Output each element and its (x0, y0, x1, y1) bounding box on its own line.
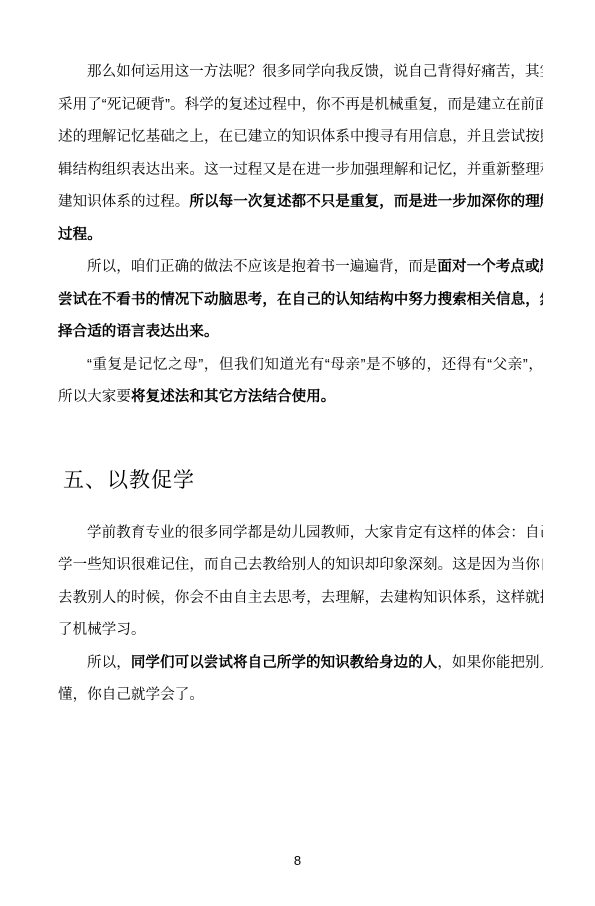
text-line: 懂，你自己就学会了。 (58, 679, 543, 712)
section-heading-teach-to-learn: 五、以教促学 (58, 464, 543, 497)
text-line: “重复是记忆之母”，但我们知道光有“母亲”是不够的，还得有“父亲”， (58, 349, 543, 382)
text-line: 去教别人的时候，你会不由自主去思考，去理解，去建构知识体系，这样就摆脱 (58, 582, 543, 615)
text-run: 学一些知识很难记住，而自己去教给别人的知识却印象深刻。这是因为当你自己 (58, 557, 543, 573)
text-line: 采用了“死记硬背”。科学的复述过程中，你不再是机械重复，而是建立在前面所 (58, 89, 543, 122)
text-run: 建知识体系的过程。 (58, 194, 189, 210)
text-run: 去教别人的时候，你会不由自主去思考，去理解，去建构知识体系，这样就摆脱 (58, 590, 543, 606)
paragraph-teach-others: 所以，同学们可以尝试将自己所学的知识教给身边的人，如果你能把别人讲懂，你自己就学… (58, 647, 543, 712)
bold-text-run: 过程。 (58, 227, 102, 243)
paragraph-repetition-method: 那么如何运用这一方法呢？很多同学向我反馈，说自己背得好痛苦，其实是采用了“死记硬… (58, 56, 543, 251)
text-run: 述的理解记忆基础之上，在已建立的知识体系中搜寻有用信息，并且尝试按照逻 (58, 129, 543, 145)
text-run: 那么如何运用这一方法呢？很多同学向我反馈，说自己背得好痛苦，其实是 (87, 64, 543, 80)
text-run: 采用了“死记硬背”。科学的复述过程中，你不再是机械重复，而是建立在前面所 (58, 97, 543, 113)
page-number: 8 (0, 851, 595, 871)
bold-text-run: 将复述法和其它方法结合使用。 (131, 389, 335, 405)
paragraph-preschool-teachers: 学前教育专业的很多同学都是幼儿园教师，大家肯定有这样的体会：自己去学一些知识很难… (58, 517, 543, 647)
bold-text-run: 所以每一次复述都不只是重复，而是进一步加深你的理解的 (189, 194, 543, 210)
paragraph-correct-practice: 所以，咱们正确的做法不应该是抱着书一遍遍背，而是面对一个考点或题目，尝试在不看书… (58, 251, 543, 349)
text-line: 五、以教促学 (63, 464, 543, 497)
text-run: “重复是记忆之母”，但我们知道光有“母亲”是不够的，还得有“父亲”， (87, 357, 543, 373)
text-line: 建知识体系的过程。所以每一次复述都不只是重复，而是进一步加深你的理解的 (58, 186, 543, 219)
text-line: 过程。 (58, 219, 543, 252)
text-line: 学前教育专业的很多同学都是幼儿园教师，大家肯定有这样的体会：自己去 (58, 517, 543, 550)
text-run: 懂，你自己就学会了。 (58, 687, 204, 703)
text-run: 辑结构组织表达出来。这一过程又是在进一步加强理解和记忆，并重新整理和构 (58, 162, 543, 178)
bold-text-run: 择合适的语言表达出来。 (58, 324, 219, 340)
text-run: 了机械学习。 (58, 622, 146, 638)
text-run: 学前教育专业的很多同学都是幼儿园教师，大家肯定有这样的体会：自己去 (87, 525, 543, 541)
bold-text-run: 面对一个考点或题目， (437, 259, 543, 275)
document-page: 那么如何运用这一方法呢？很多同学向我反馈，说自己背得好痛苦，其实是采用了“死记硬… (0, 0, 595, 906)
text-run: 所以， (87, 655, 131, 671)
text-line: 所以大家要将复述法和其它方法结合使用。 (58, 381, 543, 414)
text-line: 所以，咱们正确的做法不应该是抱着书一遍遍背，而是面对一个考点或题目， (58, 251, 543, 284)
text-run: 所以大家要 (58, 389, 131, 405)
bold-text-run: 同学们可以尝试将自己所学的知识教给身边的人 (131, 655, 438, 671)
text-line: 择合适的语言表达出来。 (58, 316, 543, 349)
paragraph-repetition-mother: “重复是记忆之母”，但我们知道光有“母亲”是不够的，还得有“父亲”，所以大家要将… (58, 349, 543, 414)
document-content: 那么如何运用这一方法呢？很多同学向我反馈，说自己背得好痛苦，其实是采用了“死记硬… (58, 56, 543, 712)
text-line: 那么如何运用这一方法呢？很多同学向我反馈，说自己背得好痛苦，其实是 (58, 56, 543, 89)
text-line: 学一些知识很难记住，而自己去教给别人的知识却印象深刻。这是因为当你自己 (58, 549, 543, 582)
text-line: 辑结构组织表达出来。这一过程又是在进一步加强理解和记忆，并重新整理和构 (58, 154, 543, 187)
text-line: 述的理解记忆基础之上，在已建立的知识体系中搜寻有用信息，并且尝试按照逻 (58, 121, 543, 154)
text-run: ，如果你能把别人讲 (437, 655, 543, 671)
text-run: 所以，咱们正确的做法不应该是抱着书一遍遍背，而是 (87, 259, 437, 275)
bold-text-run: 尝试在不看书的情况下动脑思考，在自己的认知结构中努力搜索相关信息，然后选 (58, 292, 543, 308)
text-line: 尝试在不看书的情况下动脑思考，在自己的认知结构中努力搜索相关信息，然后选 (58, 284, 543, 317)
text-line: 所以，同学们可以尝试将自己所学的知识教给身边的人，如果你能把别人讲 (58, 647, 543, 680)
text-line: 了机械学习。 (58, 614, 543, 647)
text-run: 五、以教促学 (63, 468, 195, 492)
